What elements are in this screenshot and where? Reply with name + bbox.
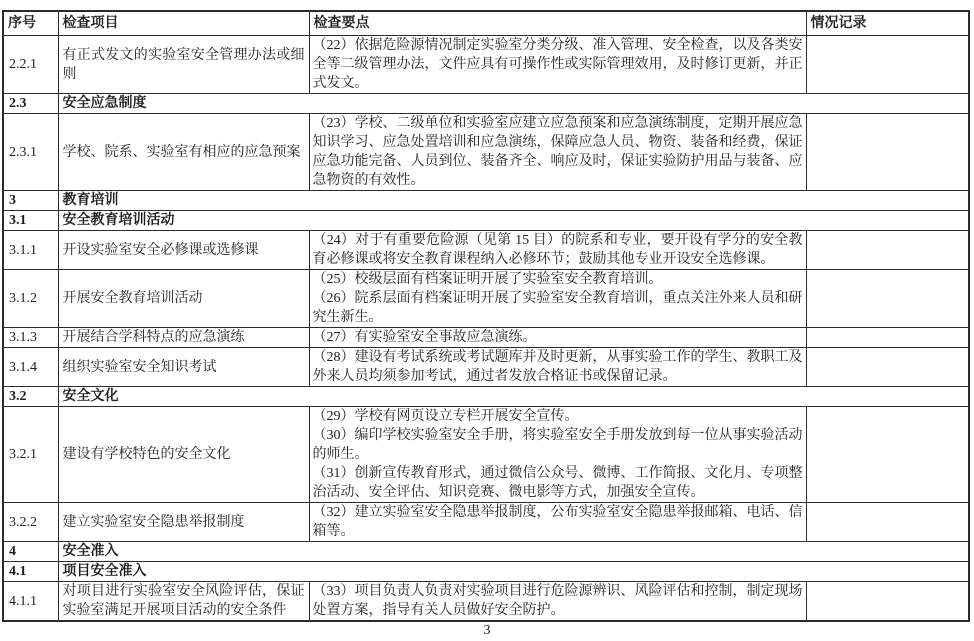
inspection-points-cell: （28）建设有考试系统或考试题库并及时更新，从事实验工作的学生、教职工及外来人员…	[309, 348, 806, 387]
inspection-item-cell: 建设有学校特色的安全文化	[58, 407, 309, 503]
inspection-item-cell: 对项目进行实验室安全风险评估，保证实验室满足开展项目活动的安全条件	[58, 582, 309, 622]
inspection-points-cell: （22）依据危险源情况制定实验室分类分级、准入管理、安全检查，以及各类安全等二级…	[309, 36, 806, 94]
table-row: 3.1.2开展安全教育培训活动（25）校级层面有档案证明开展了实验室安全教育培训…	[3, 270, 969, 328]
row-serial-number: 3.2.1	[3, 407, 58, 503]
point-paragraph: （30）编印学校实验室安全手册，将实验室安全手册发放到每一位从事实验活动的师生。	[313, 426, 803, 464]
table-row: 3.1.4组织实验室安全知识考试（28）建设有考试系统或考试题库并及时更新，从事…	[3, 348, 969, 387]
row-serial-number: 3.1.4	[3, 348, 58, 387]
table-row: 3.1.1开设实验室安全必修课或选修课（24）对于有重要危险源（见第 15 目）…	[3, 231, 969, 270]
row-serial-number: 3	[3, 191, 58, 211]
situation-record-cell	[806, 582, 969, 622]
inspection-points-cell: （29）学校有网页设立专栏开展安全宣传。（30）编印学校实验室安全手册，将实验室…	[309, 407, 806, 503]
point-paragraph: （24）对于有重要危险源（见第 15 目）的院系和专业，要开设有学分的安全教育必…	[313, 231, 803, 269]
inspection-item-cell: 学校、院系、实验室有相应的应急预案	[58, 114, 309, 191]
row-serial-number: 2.3	[3, 94, 58, 114]
table-row: 4.1.1对项目进行实验室安全风险评估，保证实验室满足开展项目活动的安全条件（3…	[3, 582, 969, 622]
row-serial-number: 2.3.1	[3, 114, 58, 191]
inspection-points-cell: （23）学校、二级单位和实验室应建立应急预案和应急演练制度，定期开展应急知识学习…	[309, 114, 806, 191]
table-row: 3.1.3开展结合学科特点的应急演练（27）有实验室安全事故应急演练。	[3, 328, 969, 348]
row-serial-number: 2.2.1	[3, 36, 58, 94]
point-paragraph: （25）校级层面有档案证明开展了实验室安全教育培训。	[313, 270, 803, 289]
point-paragraph: （29）学校有网页设立专栏开展安全宣传。	[313, 407, 803, 426]
situation-record-cell	[806, 407, 969, 503]
row-serial-number: 3.1.2	[3, 270, 58, 328]
point-paragraph: （31）创新宣传教育形式，通过微信公众号、微博、工作简报、文化月、专项整治活动、…	[313, 464, 803, 502]
document-page: 序号 检查项目 检查要点 情况记录 2.2.1有正式发文的实验室安全管理办法或细…	[0, 0, 974, 641]
inspection-table: 序号 检查项目 检查要点 情况记录 2.2.1有正式发文的实验室安全管理办法或细…	[2, 10, 970, 622]
col-header-situation-record: 情况记录	[806, 11, 969, 36]
row-serial-number: 3.1.1	[3, 231, 58, 270]
table-row: 2.3安全应急制度	[3, 94, 969, 114]
table-row: 3.2.2建立实验室安全隐患举报制度（32）建立实验室安全隐患举报制度，公布实验…	[3, 503, 969, 542]
point-paragraph: （26）院系层面有档案证明开展了实验室安全教育培训，重点关注外来人员和研究生新生…	[313, 289, 803, 327]
point-paragraph: （28）建设有考试系统或考试题库并及时更新，从事实验工作的学生、教职工及外来人员…	[313, 348, 803, 386]
row-serial-number: 3.2.2	[3, 503, 58, 542]
table-row: 4.1项目安全准入	[3, 562, 969, 582]
row-serial-number: 3.1.3	[3, 328, 58, 348]
section-title-cell: 教育培训	[58, 191, 969, 211]
table-header-row: 序号 检查项目 检查要点 情况记录	[3, 11, 969, 36]
situation-record-cell	[806, 36, 969, 94]
point-paragraph: （22）依据危险源情况制定实验室分类分级、准入管理、安全检查，以及各类安全等二级…	[313, 36, 803, 93]
section-title-cell: 项目安全准入	[58, 562, 969, 582]
section-title-cell: 安全教育培训活动	[58, 211, 969, 231]
inspection-item-cell: 开设实验室安全必修课或选修课	[58, 231, 309, 270]
row-serial-number: 4.1	[3, 562, 58, 582]
situation-record-cell	[806, 270, 969, 328]
inspection-points-cell: （32）建立实验室安全隐患举报制度，公布实验室安全隐患举报邮箱、电话、信箱等。	[309, 503, 806, 542]
page-number: 3	[0, 623, 974, 639]
situation-record-cell	[806, 328, 969, 348]
inspection-item-cell: 组织实验室安全知识考试	[58, 348, 309, 387]
table-row: 3教育培训	[3, 191, 969, 211]
inspection-item-cell: 开展结合学科特点的应急演练	[58, 328, 309, 348]
section-title-cell: 安全应急制度	[58, 94, 969, 114]
section-title-cell: 安全准入	[58, 542, 969, 562]
row-serial-number: 4	[3, 542, 58, 562]
situation-record-cell	[806, 114, 969, 191]
situation-record-cell	[806, 503, 969, 542]
row-serial-number: 3.2	[3, 387, 58, 407]
col-header-inspection-points: 检查要点	[309, 11, 806, 36]
table-row: 2.3.1学校、院系、实验室有相应的应急预案（23）学校、二级单位和实验室应建立…	[3, 114, 969, 191]
table-row: 4安全准入	[3, 542, 969, 562]
inspection-points-cell: （24）对于有重要危险源（见第 15 目）的院系和专业，要开设有学分的安全教育必…	[309, 231, 806, 270]
table-row: 3.2.1建设有学校特色的安全文化（29）学校有网页设立专栏开展安全宣传。（30…	[3, 407, 969, 503]
col-header-inspection-item: 检查项目	[58, 11, 309, 36]
inspection-points-cell: （25）校级层面有档案证明开展了实验室安全教育培训。（26）院系层面有档案证明开…	[309, 270, 806, 328]
table-row: 3.1安全教育培训活动	[3, 211, 969, 231]
table-row: 2.2.1有正式发文的实验室安全管理办法或细则（22）依据危险源情况制定实验室分…	[3, 36, 969, 94]
inspection-item-cell: 有正式发文的实验室安全管理办法或细则	[58, 36, 309, 94]
table-row: 3.2安全文化	[3, 387, 969, 407]
point-paragraph: （33）项目负责人负责对实验项目进行危险源辨识、风险评估和控制，制定现场处置方案…	[313, 582, 803, 620]
row-serial-number: 4.1.1	[3, 582, 58, 622]
inspection-item-cell: 开展安全教育培训活动	[58, 270, 309, 328]
situation-record-cell	[806, 231, 969, 270]
table-body: 2.2.1有正式发文的实验室安全管理办法或细则（22）依据危险源情况制定实验室分…	[3, 36, 969, 622]
section-title-cell: 安全文化	[58, 387, 969, 407]
point-paragraph: （23）学校、二级单位和实验室应建立应急预案和应急演练制度，定期开展应急知识学习…	[313, 114, 803, 190]
inspection-points-cell: （33）项目负责人负责对实验项目进行危险源辨识、风险评估和控制，制定现场处置方案…	[309, 582, 806, 622]
inspection-item-cell: 建立实验室安全隐患举报制度	[58, 503, 309, 542]
row-serial-number: 3.1	[3, 211, 58, 231]
situation-record-cell	[806, 348, 969, 387]
point-paragraph: （27）有实验室安全事故应急演练。	[313, 328, 803, 347]
point-paragraph: （32）建立实验室安全隐患举报制度，公布实验室安全隐患举报邮箱、电话、信箱等。	[313, 503, 803, 541]
col-header-serial-number: 序号	[3, 11, 58, 36]
inspection-points-cell: （27）有实验室安全事故应急演练。	[309, 328, 806, 348]
